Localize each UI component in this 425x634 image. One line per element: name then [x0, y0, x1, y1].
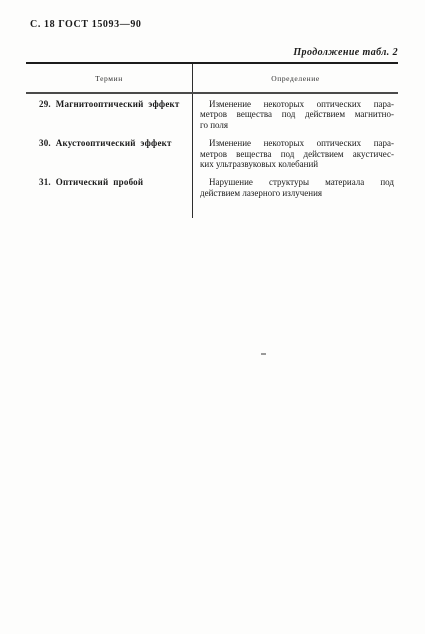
table-row: 31. Оптический пробойНарушение структуры…	[26, 172, 398, 201]
table-body: 29. Магнитооптический эффектИзменение не…	[26, 94, 398, 201]
document-page: С. 18 ГОСТ 15093—90 Продолжение табл. 2 …	[0, 0, 425, 634]
definition-line: действием лазерного излучения	[200, 188, 394, 198]
definition-line: Изменение некоторых оптических пара-	[200, 99, 394, 109]
term-cell: 31. Оптический пробой	[26, 172, 192, 201]
spacer-definition-cell	[192, 201, 398, 218]
table-row: 30. Акустооптический эффектИзменение нек…	[26, 133, 398, 172]
definition-line: метров вещества под действием магнитно-	[200, 109, 394, 119]
table-row: 29. Магнитооптический эффектИзменение не…	[26, 94, 398, 133]
definition-line: го поля	[200, 120, 394, 130]
scan-artifact	[261, 353, 266, 355]
column-header-definition: Определение	[192, 64, 398, 92]
definition-cell: Изменение некоторых оптических пара-метр…	[192, 94, 398, 133]
definition-line: метров вещества под действием акустичес-	[200, 149, 394, 159]
definition-cell: Изменение некоторых оптических пара-метр…	[192, 133, 398, 172]
definition-cell: Нарушение структуры материала поддействи…	[192, 172, 398, 201]
table-spacer-row	[26, 201, 398, 218]
term-cell: 29. Магнитооптический эффект	[26, 94, 192, 133]
page-header: С. 18 ГОСТ 15093—90	[30, 19, 142, 30]
table-header-row: Термин Определение	[26, 64, 398, 94]
definition-line: ких ультразвуковых колебаний	[200, 159, 394, 169]
column-header-term: Термин	[26, 64, 192, 92]
spacer-term-cell	[26, 201, 192, 218]
terms-table: Термин Определение 29. Магнитооптический…	[26, 62, 398, 218]
definition-line: Изменение некоторых оптических пара-	[200, 138, 394, 148]
definition-line: Нарушение структуры материала под	[200, 177, 394, 187]
term-cell: 30. Акустооптический эффект	[26, 133, 192, 172]
table-caption: Продолжение табл. 2	[293, 47, 398, 58]
